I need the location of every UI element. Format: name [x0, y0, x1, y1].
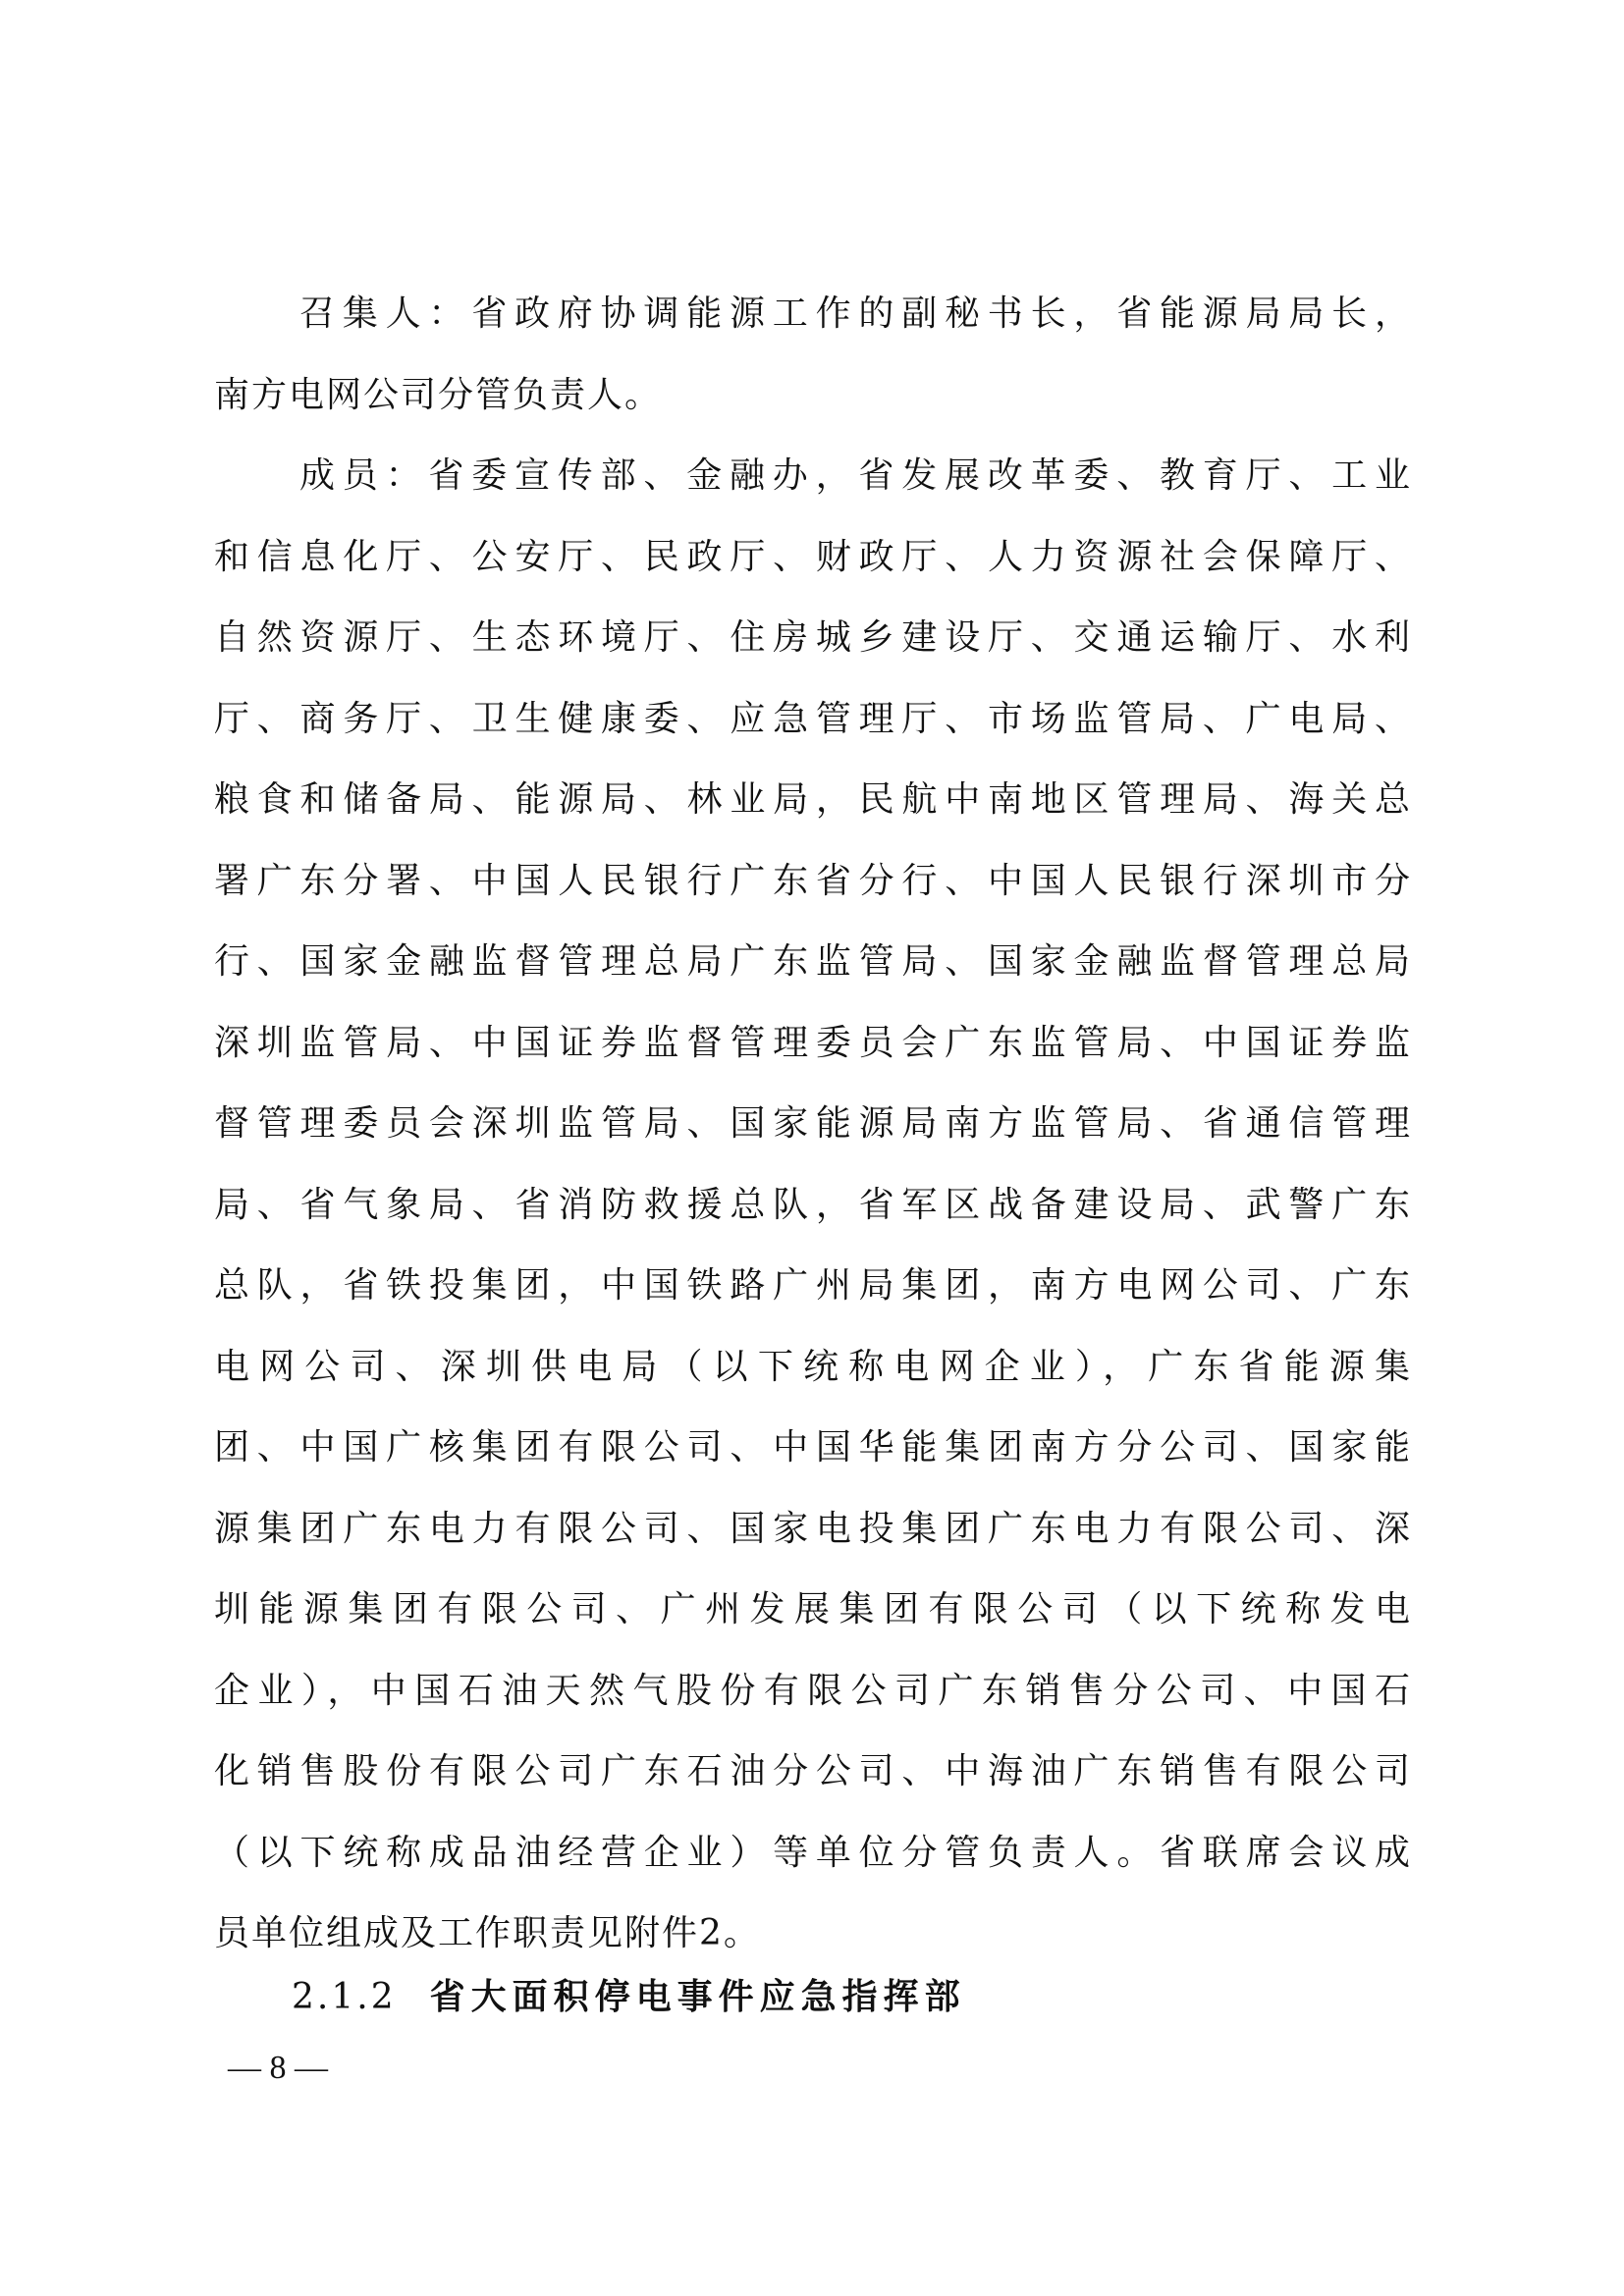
- members-line-19: 员单位组成及工作职责见附件2。: [214, 1906, 1412, 1961]
- members-line-7: 行、国家金融监督管理总局广东监管局、国家金融监督管理总局: [214, 934, 1412, 989]
- members-line-9: 督管理委员会深圳监管局、国家能源局南方监管局、省通信管理: [214, 1096, 1412, 1151]
- section-title: 省大面积停电事件应急指挥部: [430, 1977, 966, 2017]
- members-line-17: 化销售股份有限公司广东石油分公司、中海油广东销售有限公司: [214, 1744, 1412, 1799]
- members-line-4: 厅、商务厅、卫生健康委、应急管理厅、市场监管局、广电局、: [214, 692, 1412, 747]
- section-number: 2.1.2: [292, 1977, 397, 2017]
- document-page: 召集人：省政府协调能源工作的副秘书长，省能源局局长， 南方电网公司分管负责人。 …: [0, 0, 1624, 2296]
- members-line-12: 电网公司、深圳供电局（以下统称电网企业），广东省能源集: [214, 1340, 1412, 1395]
- members-line-6: 署广东分署、中国人民银行广东省分行、中国人民银行深圳市分: [214, 854, 1412, 909]
- page-number: — 8 —: [228, 2044, 328, 2093]
- convener-line-2: 南方电网公司分管负责人。: [214, 368, 1412, 423]
- members-line-13: 团、中国广核集团有限公司、中国华能集团南方分公司、国家能: [214, 1420, 1412, 1475]
- members-line-1: 成员：省委宣传部、金融办，省发展改革委、教育厅、工业: [299, 449, 1412, 504]
- section-heading: 2.1.2省大面积停电事件应急指挥部: [292, 1970, 966, 2025]
- members-line-11: 总队，省铁投集团，中国铁路广州局集团，南方电网公司、广东: [214, 1258, 1412, 1313]
- members-line-15: 圳能源集团有限公司、广州发展集团有限公司（以下统称发电: [214, 1582, 1412, 1637]
- members-line-16: 企业），中国石油天然气股份有限公司广东销售分公司、中国石: [214, 1664, 1412, 1719]
- members-line-3: 自然资源厅、生态环境厅、住房城乡建设厅、交通运输厅、水利: [214, 611, 1412, 666]
- members-line-14: 源集团广东电力有限公司、国家电投集团广东电力有限公司、深: [214, 1502, 1412, 1557]
- members-line-2: 和信息化厅、公安厅、民政厅、财政厅、人力资源社会保障厅、: [214, 530, 1412, 585]
- members-line-18: （以下统称成品油经营企业）等单位分管负责人。省联席会议成: [214, 1826, 1412, 1881]
- members-line-5: 粮食和储备局、能源局、林业局，民航中南地区管理局、海关总: [214, 773, 1412, 828]
- members-line-10: 局、省气象局、省消防救援总队，省军区战备建设局、武警广东: [214, 1178, 1412, 1233]
- convener-line-1: 召集人：省政府协调能源工作的副秘书长，省能源局局长，: [299, 287, 1412, 342]
- members-line-8: 深圳监管局、中国证券监督管理委员会广东监管局、中国证券监: [214, 1016, 1412, 1071]
